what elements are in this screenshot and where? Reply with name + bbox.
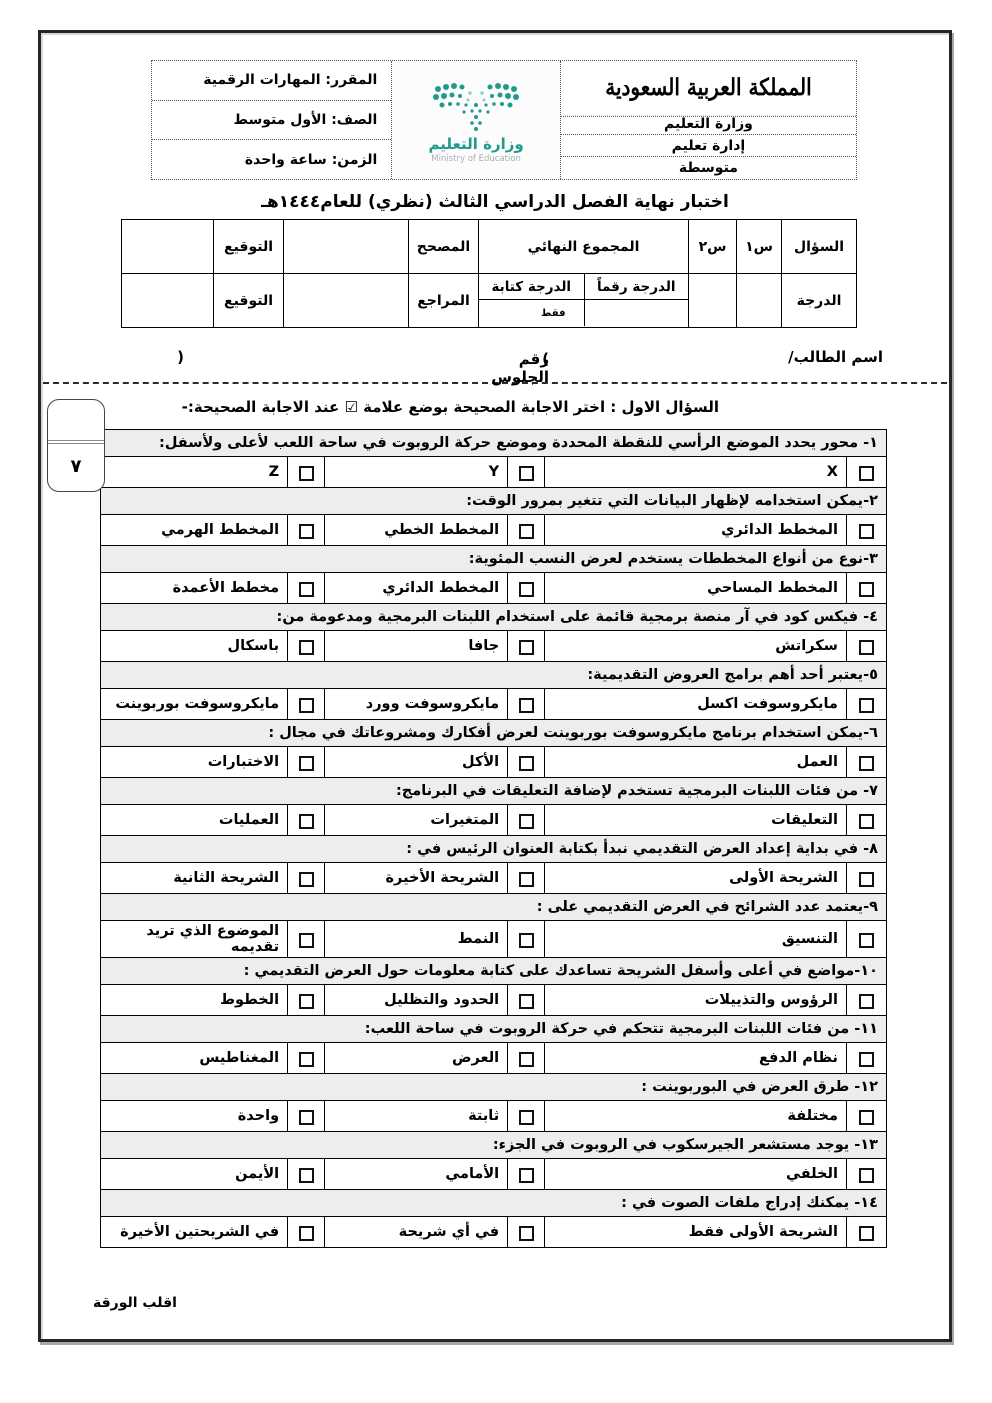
grade-row-label: الدرجة — [782, 274, 857, 328]
answer-checkbox[interactable] — [519, 933, 534, 948]
answer-checkbox[interactable] — [299, 1110, 314, 1125]
question-row: ١٢- طرق العرض في البوربوينت : — [101, 1074, 887, 1101]
answer-checkbox[interactable] — [299, 466, 314, 481]
corrector-name-space — [284, 220, 409, 274]
answer-checkbox[interactable] — [859, 466, 874, 481]
checkbox-cell — [846, 805, 886, 836]
answer-checkbox[interactable] — [299, 1226, 314, 1241]
question-text: ١٤- يمكنك إدراج ملفات الصوت في : — [101, 1190, 887, 1217]
ministry-logo-subtitle: Ministry of Education — [431, 154, 521, 164]
checkbox-cell — [288, 805, 325, 836]
options-row: مختلفةثابتةواحدة — [101, 1101, 887, 1132]
option-label: الأيمن — [101, 1159, 288, 1190]
q1-score-cell — [737, 274, 782, 328]
checkbox-cell — [508, 515, 545, 546]
option-label: الأمامي — [325, 1159, 508, 1190]
question-row: ٣-نوع من أنواع المخططات يستخدم لعرض النس… — [101, 546, 887, 573]
total-grade-cell: الدرجة رقماً الدرجة كتابة فقط — [479, 274, 689, 328]
options-row: التنسيقالنمطالموضوع الذي تريد تقديمه — [101, 921, 887, 958]
answer-checkbox[interactable] — [519, 1110, 534, 1125]
question-row: ١- محور يحدد الموضع الرأسي للنقطة المحدد… — [101, 430, 887, 457]
checkbox-cell — [288, 1217, 325, 1248]
checkbox-cell — [508, 985, 545, 1016]
answer-checkbox[interactable] — [859, 1110, 874, 1125]
option-label: الشريحة الأولى — [545, 863, 847, 894]
option-label: التعليقات — [545, 805, 847, 836]
question-text: ٨- في بداية إعداد العرض التقديمي نبدأ بك… — [101, 836, 887, 863]
option-label: الاختبارات — [101, 747, 288, 778]
question-row: ٧- من فئات اللبنات البرمجية تستخدم لإضاف… — [101, 778, 887, 805]
page-badge-empty-cell — [48, 400, 104, 444]
checkbox-cell — [508, 1217, 545, 1248]
question-row: ١٠-مواضع في أعلى وأسفل الشريحة تساعدك عل… — [101, 958, 887, 985]
corrector-label: المصحح — [409, 220, 479, 274]
option-label: سكراتش — [545, 631, 847, 662]
question-row: ٩-يعتمد عدد الشرائح في العرض التقديمي عل… — [101, 894, 887, 921]
student-info-row: اسم الطالب/ رقم الجلوس ( ) — [41, 346, 949, 376]
grade-numeric-label: الدرجة رقماً — [584, 274, 689, 300]
option-label: العمل — [545, 747, 847, 778]
answer-checkbox[interactable] — [859, 582, 874, 597]
section1-instruction: السؤال الاول : اختر الاجابة الصحيحة بوضع… — [41, 398, 719, 416]
checkbox-cell — [846, 689, 886, 720]
question-row: ١٣- يوجد مستشعر الجيرسكوب في الروبوت في … — [101, 1132, 887, 1159]
answer-checkbox[interactable] — [299, 814, 314, 829]
question-text: ٢-يمكن استخدامه لإظهار البيانات التي تتغ… — [101, 488, 887, 515]
option-label: جافا — [325, 631, 508, 662]
option-label: العرض — [325, 1043, 508, 1074]
grading-question-header: السؤال — [782, 220, 857, 274]
question-text: ١١- من فئات اللبنات البرمجية تتحكم في حر… — [101, 1016, 887, 1043]
answer-checkbox[interactable] — [299, 994, 314, 1009]
reviewer-label: المراجع — [409, 274, 479, 328]
checkbox-cell — [508, 631, 545, 662]
checkbox-cell — [288, 1159, 325, 1190]
checkbox-cell — [846, 863, 886, 894]
reviewer-signature-space — [122, 274, 214, 328]
question-text: ١٣- يوجد مستشعر الجيرسكوب في الروبوت في … — [101, 1132, 887, 1159]
option-label: المخطط الهرمي — [101, 515, 288, 546]
answer-checkbox[interactable] — [299, 872, 314, 887]
reviewer-name-space — [284, 274, 409, 328]
option-label: الشريحة الأخيرة — [325, 863, 508, 894]
answer-checkbox[interactable] — [519, 698, 534, 713]
ministry-logo-title: وزارة التعليم — [429, 135, 524, 153]
options-row: نظام الدفعالعرضالمغناطيس — [101, 1043, 887, 1074]
signature-label-2: التوقيع — [214, 274, 284, 328]
answer-checkbox[interactable] — [519, 994, 534, 1009]
option-label: الحدود والتظليل — [325, 985, 508, 1016]
option-label: الخلفي — [545, 1159, 847, 1190]
option-label: مايكروسوفت وورد — [325, 689, 508, 720]
question-row: ٤- فيكس كود في آر منصة برمجية قائمة على … — [101, 604, 887, 631]
option-label: في الشريحتين الأخيرة — [101, 1217, 288, 1248]
grade-level: الصف: الأول متوسط — [152, 101, 391, 141]
option-label: المخطط الدائري — [545, 515, 847, 546]
exam-duration: الزمن: ساعة واحدة — [152, 140, 391, 179]
answer-checkbox[interactable] — [519, 524, 534, 539]
option-label: التنسيق — [545, 921, 847, 958]
checkbox-cell — [846, 573, 886, 604]
options-row: الخلفيالأماميالأيمن — [101, 1159, 887, 1190]
checkbox-cell — [846, 747, 886, 778]
option-label: الخطوط — [101, 985, 288, 1016]
question-text: ٣-نوع من أنواع المخططات يستخدم لعرض النس… — [101, 546, 887, 573]
checkbox-cell — [508, 689, 545, 720]
options-row: العملالأكلالاختبارات — [101, 747, 887, 778]
question-text: ٩-يعتمد عدد الشرائح في العرض التقديمي عل… — [101, 894, 887, 921]
question-row: ٢-يمكن استخدامه لإظهار البيانات التي تتغ… — [101, 488, 887, 515]
options-row: الشريحة الأولى فقطفي أي شريحةفي الشريحتي… — [101, 1217, 887, 1248]
turn-page-label: اقلب الورقة — [93, 1295, 177, 1311]
checkbox-cell — [846, 1159, 886, 1190]
checkbox-cell — [508, 457, 545, 488]
answer-checkbox[interactable] — [519, 582, 534, 597]
question-text: ١٢- طرق العرض في البوربوينت : — [101, 1074, 887, 1101]
checkbox-cell — [288, 689, 325, 720]
final-total-header: المجموع النهائي — [479, 220, 689, 274]
options-row: XYZ — [101, 457, 887, 488]
stage-name: متوسطة — [561, 157, 856, 179]
checkbox-cell — [846, 985, 886, 1016]
question-row: ٥-يعتبر أحد أهم برامج العروض التقديمية: — [101, 662, 887, 689]
checkbox-cell — [508, 805, 545, 836]
answer-checkbox[interactable] — [519, 756, 534, 771]
answer-checkbox[interactable] — [859, 1226, 874, 1241]
checkbox-cell — [288, 921, 325, 958]
kingdom-calligraphy: المملكة العربية السعودية — [561, 57, 856, 117]
answer-checkbox[interactable] — [859, 1052, 874, 1067]
answer-checkbox[interactable] — [859, 933, 874, 948]
options-row: المخطط المساحيالمخطط الدائريمخطط الأعمدة — [101, 573, 887, 604]
answer-checkbox[interactable] — [859, 994, 874, 1009]
option-label: المخطط الخطي — [325, 515, 508, 546]
checkbox-cell — [508, 747, 545, 778]
option-label: مخطط الأعمدة — [101, 573, 288, 604]
checkbox-cell — [846, 921, 886, 958]
options-row: الشريحة الأولىالشريحة الأخيرةالشريحة الث… — [101, 863, 887, 894]
grade-written-label: الدرجة كتابة — [479, 274, 584, 300]
option-label: النمط — [325, 921, 508, 958]
answer-checkbox[interactable] — [519, 814, 534, 829]
checkbox-cell — [846, 457, 886, 488]
option-label: Z — [101, 457, 288, 488]
answer-checkbox[interactable] — [299, 1168, 314, 1183]
question-text: ١- محور يحدد الموضع الرأسي للنقطة المحدد… — [101, 430, 887, 457]
checkbox-cell — [846, 631, 886, 662]
ministry-logo-icon — [416, 81, 536, 133]
checkbox-cell — [288, 863, 325, 894]
checkbox-cell — [288, 457, 325, 488]
course-name: المقرر: المهارات الرقمية — [152, 61, 391, 101]
checkbox-cell — [846, 1217, 886, 1248]
option-label: ثابتة — [325, 1101, 508, 1132]
checkbox-cell — [288, 515, 325, 546]
checkbox-cell — [508, 1043, 545, 1074]
answer-checkbox[interactable] — [859, 1168, 874, 1183]
checkbox-cell — [508, 1159, 545, 1190]
checkbox-cell — [846, 1101, 886, 1132]
checkbox-cell — [508, 863, 545, 894]
option-label: الموضوع الذي تريد تقديمه — [101, 921, 288, 958]
answer-checkbox[interactable] — [299, 582, 314, 597]
header-info-table: المملكة العربية السعودية وزارة التعليم إ… — [151, 60, 857, 180]
questions-table: ١- محور يحدد الموضع الرأسي للنقطة المحدد… — [100, 429, 887, 1248]
page-number-badge: ٧ — [47, 399, 105, 492]
checkbox-cell — [288, 747, 325, 778]
options-row: سكراتشجافاباسكال — [101, 631, 887, 662]
answer-checkbox[interactable] — [519, 1168, 534, 1183]
exam-page: المملكة العربية السعودية وزارة التعليم إ… — [38, 30, 952, 1342]
education-administration: إدارة تعليم — [561, 135, 856, 157]
grading-table: السؤال س١ س٢ المجموع النهائي المصحح التو… — [121, 219, 857, 328]
option-label: مختلفة — [545, 1101, 847, 1132]
answer-checkbox[interactable] — [519, 1052, 534, 1067]
question-text: ٥-يعتبر أحد أهم برامج العروض التقديمية: — [101, 662, 887, 689]
option-label: الأكل — [325, 747, 508, 778]
checkbox-cell — [508, 1101, 545, 1132]
option-label: المخطط المساحي — [545, 573, 847, 604]
answer-checkbox[interactable] — [519, 466, 534, 481]
answer-checkbox[interactable] — [519, 640, 534, 655]
answer-checkbox[interactable] — [859, 756, 874, 771]
answer-checkbox[interactable] — [299, 640, 314, 655]
question-row: ١٤- يمكنك إدراج ملفات الصوت في : — [101, 1190, 887, 1217]
options-row: الرؤوس والتذييلاتالحدود والتظليلالخطوط — [101, 985, 887, 1016]
checkbox-cell — [288, 1043, 325, 1074]
question-text: ٦-يمكن استخدام برنامج مايكروسوفت بوربوين… — [101, 720, 887, 747]
option-label: الشريحة الأولى فقط — [545, 1217, 847, 1248]
answer-checkbox[interactable] — [299, 933, 314, 948]
answer-checkbox[interactable] — [859, 698, 874, 713]
question-text: ٤- فيكس كود في آر منصة برمجية قائمة على … — [101, 604, 887, 631]
option-label: الرؤوس والتذييلات — [545, 985, 847, 1016]
options-row: المخطط الدائريالمخطط الخطيالمخطط الهرمي — [101, 515, 887, 546]
signature-label: التوقيع — [214, 220, 284, 274]
grade-numeric-space — [584, 300, 689, 326]
header-course-column: المقرر: المهارات الرقمية الصف: الأول متو… — [152, 61, 391, 179]
ministry-logo-cell: وزارة التعليم Ministry of Education — [391, 61, 561, 179]
header-ministry-column: المملكة العربية السعودية وزارة التعليم إ… — [561, 61, 856, 179]
grading-q2-header: س٢ — [689, 220, 737, 274]
option-label: المخطط الدائري — [325, 573, 508, 604]
question-text: ٧- من فئات اللبنات البرمجية تستخدم لإضاف… — [101, 778, 887, 805]
checkbox-cell — [288, 985, 325, 1016]
option-label: في أي شريحة — [325, 1217, 508, 1248]
answer-checkbox[interactable] — [859, 524, 874, 539]
option-label: X — [545, 457, 847, 488]
options-row: التعليقاتالمتغيراتالعمليات — [101, 805, 887, 836]
answer-checkbox[interactable] — [859, 814, 874, 829]
question-row: ٨- في بداية إعداد العرض التقديمي نبدأ بك… — [101, 836, 887, 863]
option-label: الشريحة الثانية — [101, 863, 288, 894]
option-label: نظام الدفع — [545, 1043, 847, 1074]
answer-checkbox[interactable] — [519, 872, 534, 887]
student-name-label: اسم الطالب/ — [788, 348, 883, 366]
answer-checkbox[interactable] — [299, 756, 314, 771]
checkbox-cell — [288, 573, 325, 604]
q2-score-cell — [689, 274, 737, 328]
answer-checkbox[interactable] — [299, 524, 314, 539]
option-label: المتغيرات — [325, 805, 508, 836]
option-label: مايكروسوفت بوربوينت — [101, 689, 288, 720]
grading-q1-header: س١ — [737, 220, 782, 274]
question-text: ١٠-مواضع في أعلى وأسفل الشريحة تساعدك عل… — [101, 958, 887, 985]
option-label: المغناطيس — [101, 1043, 288, 1074]
option-label: العمليات — [101, 805, 288, 836]
answer-checkbox[interactable] — [859, 872, 874, 887]
exam-title: اختبار نهاية الفصل الدراسي الثالث (نظري)… — [41, 192, 949, 212]
grade-only-label: فقط — [479, 300, 584, 326]
seat-number-paren-close: ) — [177, 348, 184, 366]
checkbox-cell — [846, 1043, 886, 1074]
checkbox-cell — [508, 921, 545, 958]
options-row: مايكروسوفت اكسلمايكروسوفت ووردمايكروسوفت… — [101, 689, 887, 720]
checkbox-cell — [288, 631, 325, 662]
corrector-signature-space — [122, 220, 214, 274]
question-row: ١١- من فئات اللبنات البرمجية تتحكم في حر… — [101, 1016, 887, 1043]
option-label: مايكروسوفت اكسل — [545, 689, 847, 720]
answer-checkbox[interactable] — [519, 1226, 534, 1241]
question-row: ٦-يمكن استخدام برنامج مايكروسوفت بوربوين… — [101, 720, 887, 747]
checkbox-cell — [288, 1101, 325, 1132]
option-label: Y — [325, 457, 508, 488]
answer-checkbox[interactable] — [299, 1052, 314, 1067]
option-label: باسكال — [101, 631, 288, 662]
option-label: واحدة — [101, 1101, 288, 1132]
checkbox-cell — [846, 515, 886, 546]
answer-checkbox[interactable] — [299, 698, 314, 713]
answer-checkbox[interactable] — [859, 640, 874, 655]
checkbox-cell — [508, 573, 545, 604]
page-number: ٧ — [48, 444, 104, 488]
